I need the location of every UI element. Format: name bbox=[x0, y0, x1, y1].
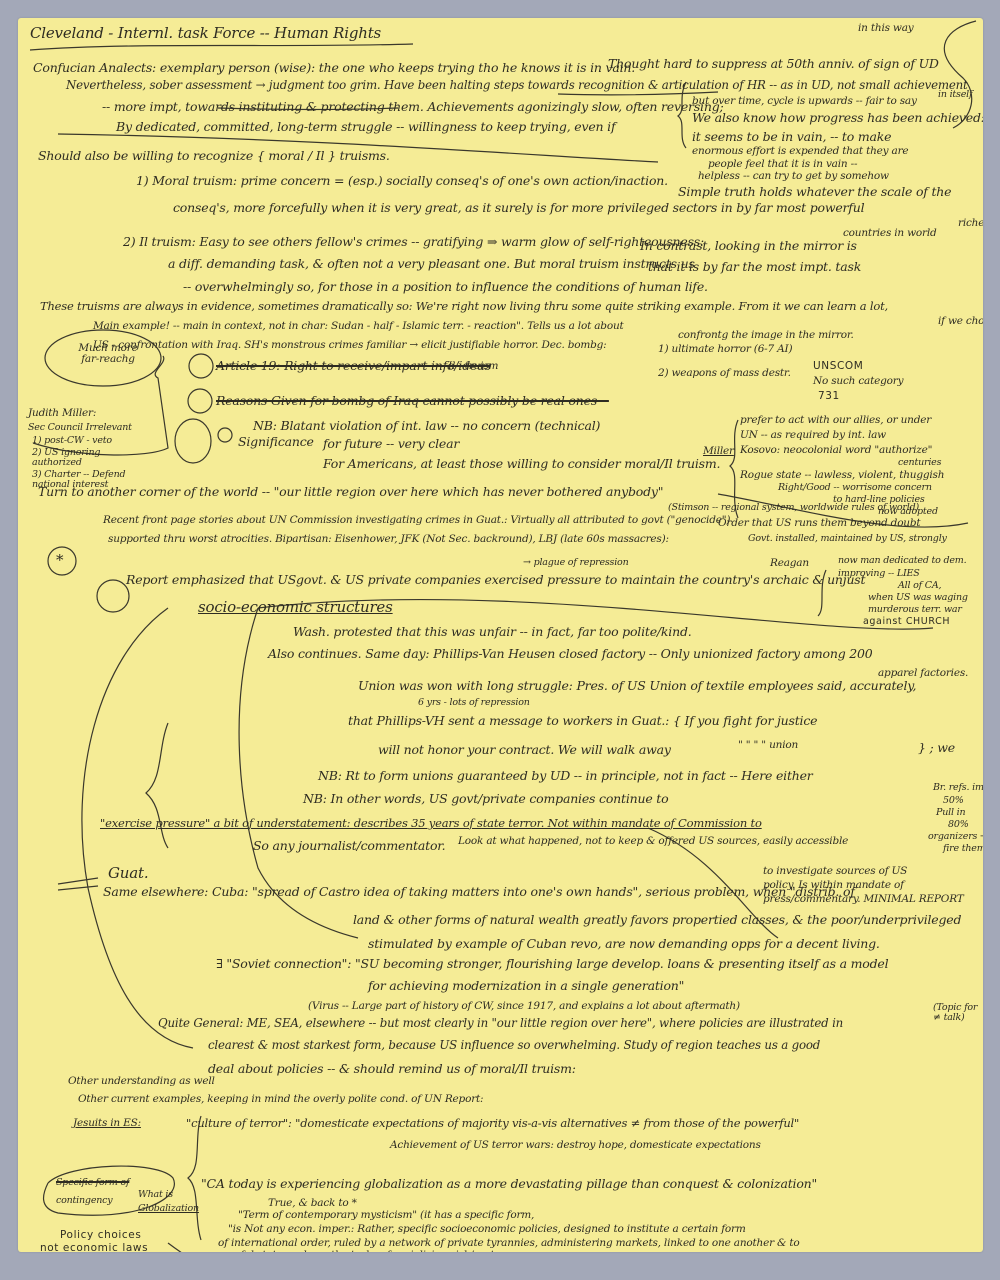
margin-note: All of CA, bbox=[898, 581, 941, 591]
margin-note: when US was waging bbox=[868, 593, 968, 603]
note-line: Achievement of US terror wars: destroy h… bbox=[390, 1140, 761, 1151]
note-line: 6 yrs - lots of repression bbox=[418, 698, 530, 708]
margin-note: Sec Council Irrelevant bbox=[28, 423, 132, 433]
margin-note: against CHURCH bbox=[863, 617, 950, 627]
note-line: confrontg the image in the mirror. bbox=[678, 330, 854, 341]
note-line: NB: Rt to form unions guaranteed by UD -… bbox=[318, 770, 813, 783]
note-line: UNSCOM bbox=[813, 361, 863, 372]
note-line: 2) Il truism: Easy to see others fellow'… bbox=[123, 236, 704, 249]
margin-note: UN -- as required by int. law bbox=[740, 430, 886, 441]
note-line: enormous effort is expended that they ar… bbox=[692, 146, 908, 157]
margin-note: organizers → bbox=[928, 832, 983, 842]
note-line: Simple truth holds whatever the scale of… bbox=[678, 186, 951, 199]
note-line: Other understanding as well bbox=[68, 1076, 215, 1087]
note-line: Union was won with long struggle: Pres. … bbox=[358, 680, 916, 693]
margin-note: Specific form of bbox=[56, 1178, 129, 1188]
note-line: deal about policies -- & should remind u… bbox=[208, 1063, 576, 1076]
note-line: Confucian Analects: exemplary person (wi… bbox=[33, 62, 635, 75]
note-line: For Americans, at least those willing to… bbox=[323, 458, 720, 471]
note-line: stimulated by example of Cuban revo, are… bbox=[368, 938, 880, 951]
note-line: US - confrontation with Iraq. SH's monst… bbox=[93, 340, 607, 351]
note-line: richest bbox=[958, 218, 983, 229]
note-line: These truisms are always in evidence, so… bbox=[40, 301, 888, 313]
margin-note: now man dedicated to dem. bbox=[838, 556, 966, 566]
margin-note: Globalization bbox=[138, 1204, 199, 1214]
margin-note: 2) US ignoring authorized bbox=[32, 448, 132, 467]
note-line: -- more impt, towards instituting & prot… bbox=[102, 101, 724, 114]
note-line: helpless -- can try to get by somehow bbox=[698, 171, 889, 182]
note-line: NB: Blatant violation of int. law -- no … bbox=[253, 420, 600, 433]
note-line: (Virus -- Large part of history of CW, s… bbox=[308, 1001, 740, 1012]
note-line: Same elsewhere: Cuba: "spread of Castro … bbox=[103, 886, 855, 899]
note-line: By dedicated, committed, long-term strug… bbox=[116, 121, 615, 134]
note-line: that Phillips-VH sent a message to worke… bbox=[348, 715, 817, 728]
margin-note: Rogue state -- lawless, violent, thuggis… bbox=[740, 470, 944, 481]
margin-note: Kosovo: neocolonial word "authorize" bbox=[740, 445, 932, 456]
margin-note: What is bbox=[138, 1190, 173, 1200]
note-line: people feel that it is in vain -- bbox=[708, 159, 857, 170]
note-line: Look at what happened, not to keep & off… bbox=[458, 836, 848, 847]
note-line: for achieving modernization in a single … bbox=[368, 980, 684, 993]
bubble-note: Much more far-reachg bbox=[68, 343, 148, 364]
star-marker: * bbox=[56, 553, 63, 568]
note-line: No such category bbox=[813, 376, 903, 387]
margin-note: Right/Good -- worrisome concern bbox=[778, 483, 932, 493]
note-line: Recent front page stories about UN Commi… bbox=[103, 515, 730, 526]
note-line: will not honor your contract. We will wa… bbox=[378, 744, 671, 757]
note-line: supported thru worst atrocities. Biparti… bbox=[108, 534, 669, 545]
struck-item: Article 19: Right to receive/impart info… bbox=[216, 360, 491, 373]
note-line: Nevertheless, sober assessment → judgmen… bbox=[66, 80, 968, 92]
note-line: Report emphasized that USgovt. & US priv… bbox=[126, 574, 865, 587]
note-line: Should also be willing to recognize { mo… bbox=[38, 150, 390, 163]
note-line: Thought hard to suppress at 50th anniv. … bbox=[608, 58, 939, 71]
note-line: conseq's, more forcefully when it is ver… bbox=[173, 202, 864, 215]
margin-note: centuries bbox=[898, 458, 941, 468]
note-line: "culture of terror": "domesticate expect… bbox=[186, 1118, 799, 1130]
note-line: Other current examples, keeping in mind … bbox=[78, 1094, 483, 1105]
page-title: Cleveland - Internl. task Force -- Human… bbox=[30, 26, 381, 41]
section-label: Jesuits in ES: bbox=[73, 1118, 141, 1129]
note-line: → plague of repression bbox=[523, 558, 629, 568]
section-label: Guat. bbox=[108, 866, 148, 881]
margin-note: murderous terr. war bbox=[868, 605, 962, 615]
note-line: of international order, ruled by a netwo… bbox=[218, 1238, 799, 1249]
margin-note: 50% bbox=[943, 796, 964, 806]
note-line: In contrast, looking in the mirror is bbox=[640, 240, 857, 253]
note-line: clearest & most starkest form, because U… bbox=[208, 1040, 820, 1052]
note-line: "CA today is experiencing globalization … bbox=[201, 1178, 817, 1191]
margin-note: prefer to act with our allies, or under bbox=[740, 415, 931, 426]
corner-note: in this way bbox=[858, 23, 914, 34]
margin-note: Judith Miller: bbox=[28, 408, 96, 419]
margin-note: Miller bbox=[703, 446, 734, 457]
margin-note: Policy choices bbox=[60, 1230, 141, 1241]
margin-note: 80% bbox=[948, 820, 969, 830]
note-line: ∃ "Soviet connection": "SU becoming stro… bbox=[216, 958, 888, 971]
note-line: Also continues. Same day: Phillips-Van H… bbox=[268, 648, 873, 661]
note-line: Main example! -- main in context, not in… bbox=[93, 321, 624, 332]
note-line: (Stimson -- regional system, worldwide r… bbox=[668, 503, 919, 513]
note-line: apparel factories. bbox=[878, 668, 968, 679]
note-line: Turn to another corner of the world -- "… bbox=[38, 486, 663, 499]
margin-note: 1) post-CW - veto bbox=[32, 436, 112, 446]
margin-note: contingency bbox=[56, 1196, 112, 1206]
note-line: "Term of contemporary mysticism" (it has… bbox=[238, 1210, 534, 1221]
note-line: Quite General: ME, SEA, elsewhere -- but… bbox=[158, 1018, 843, 1030]
margin-note: not economic laws bbox=[40, 1243, 148, 1252]
note-line: 2) weapons of mass destr. bbox=[658, 368, 791, 379]
legal-pad-page: Cleveland - Internl. task Force -- Human… bbox=[18, 18, 983, 1252]
note-line: that it is by far the most impt. task bbox=[648, 261, 861, 274]
note-line: if we choose bbox=[938, 316, 983, 327]
note-line: We also know how progress has been achie… bbox=[692, 112, 983, 125]
note-line: powerful states q. have the tasks of soc… bbox=[208, 1250, 494, 1252]
note-line: but over time, cycle is upwards -- fair … bbox=[692, 96, 917, 107]
note-line: NB: In other words, US govt/private comp… bbox=[303, 793, 668, 806]
note-line: So any journalist/commentator. bbox=[253, 840, 445, 853]
note-line: Significance bbox=[238, 436, 314, 449]
note-line: } ; we bbox=[918, 742, 955, 755]
margin-note: fire them bbox=[943, 844, 983, 854]
note-line: -- overwhelmingly so, for those in a pos… bbox=[183, 281, 708, 294]
note-line: Order that US runs them beyond doubt bbox=[718, 518, 920, 529]
note-line: True, & back to * bbox=[268, 1198, 357, 1209]
note-line: Govt. installed, maintained by US, stron… bbox=[748, 534, 947, 544]
note-line: 1) Moral truism: prime concern = (esp.) … bbox=[136, 175, 668, 188]
note-line: 1) ultimate horror (6-7 AI) bbox=[658, 344, 792, 355]
struck-item: Reasons Given for bombg of Iraq cannot p… bbox=[216, 395, 609, 408]
note-line: it seems to be in vain, -- to make bbox=[692, 131, 891, 144]
margin-note: Pull in bbox=[936, 808, 965, 818]
note-line: "is Not any econ. imper.: Rather, specif… bbox=[228, 1224, 746, 1235]
note-line: in itself bbox=[938, 90, 972, 100]
margin-note: to investigate sources of US bbox=[763, 866, 907, 877]
margin-note: Br. refs. imbroans bbox=[933, 783, 983, 793]
note-line: socio-economic structures bbox=[198, 600, 393, 615]
note-line: for future -- very clear bbox=[323, 438, 459, 451]
note-line: a diff. demanding task, & often not a ve… bbox=[168, 258, 695, 271]
note-line: " " " " union bbox=[738, 740, 798, 751]
note-line: 731 bbox=[818, 391, 840, 402]
note-line: land & other forms of natural wealth gre… bbox=[353, 914, 961, 927]
note-line: countries in world bbox=[843, 228, 937, 239]
margin-note: (Topic for ≠ talk) bbox=[933, 1003, 983, 1022]
note-line: "exercise pressure" a bit of understatem… bbox=[100, 818, 762, 830]
note-line: Wash. protested that this was unfair -- … bbox=[293, 626, 692, 639]
note-line: Reagan bbox=[770, 558, 809, 569]
